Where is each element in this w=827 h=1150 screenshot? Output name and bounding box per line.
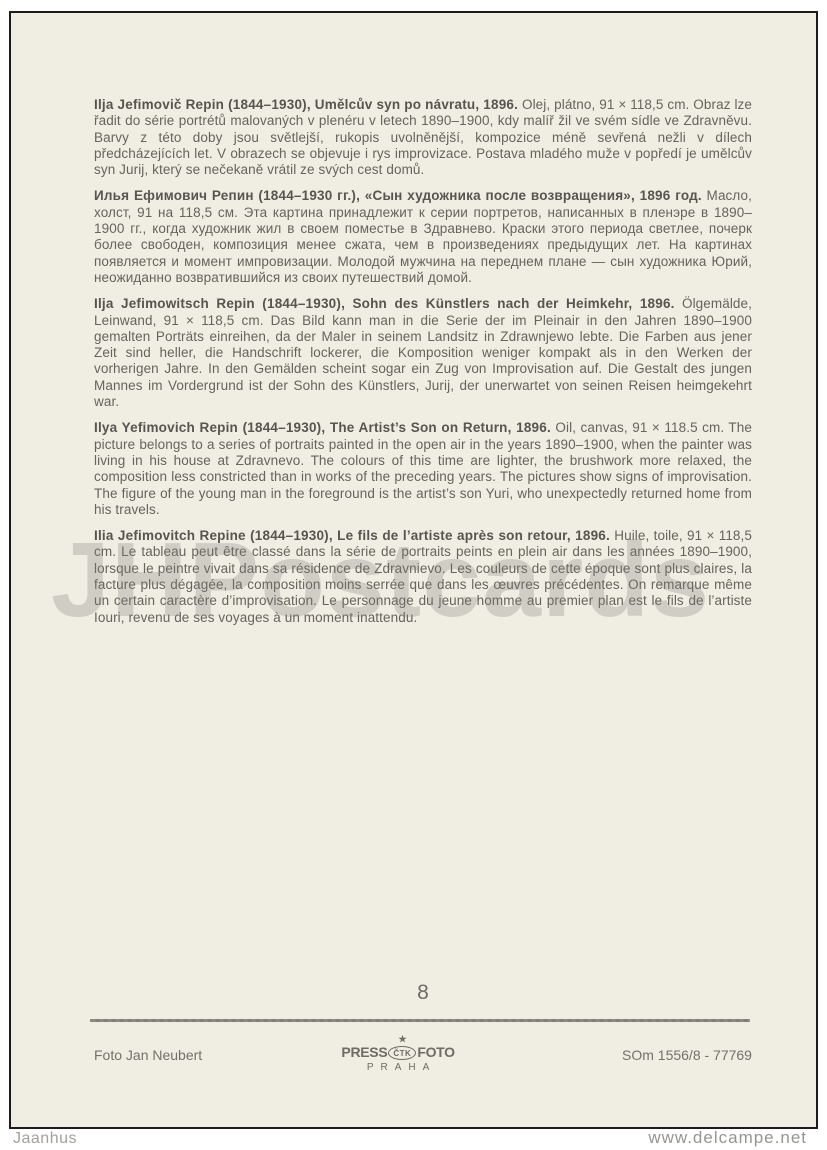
divider-line	[90, 1019, 750, 1022]
logo-city-text: PRAHA	[341, 1062, 454, 1073]
ctk-emblem-text: ČTK	[388, 1046, 416, 1060]
marketplace-url-label: www.delcampe.net	[648, 1128, 807, 1148]
postcard-surface: Ilja Jefimovič Repin (1844–1930), Umělců…	[11, 13, 816, 1127]
ctk-emblem: ★ ČTK	[388, 1043, 416, 1060]
paragraph-french-title: Ilia Jefimovitch Repine (1844–1930), Le …	[94, 528, 610, 543]
paragraph-russian-title: Илья Ефимович Репин (1844–1930 гг.), «Сы…	[94, 188, 702, 203]
paragraph-english-title: Ilya Yefimovich Repin (1844–1930), The A…	[94, 420, 551, 435]
logo-foto-text: FOTO	[417, 1044, 454, 1060]
paragraph-french: Ilia Jefimovitch Repine (1844–1930), Le …	[94, 528, 752, 626]
postcard-back: Ilja Jefimovič Repin (1844–1930), Umělců…	[9, 11, 818, 1129]
catalog-number: SOm 1556/8 - 77769	[622, 1043, 752, 1063]
paragraph-english: Ilya Yefimovich Repin (1844–1930), The A…	[94, 420, 752, 518]
photo-credit: Foto Jan Neubert	[94, 1043, 202, 1063]
description-text-block: Ilja Jefimovič Repin (1844–1930), Umělců…	[94, 97, 752, 636]
paragraph-czech-title: Ilja Jefimovič Repin (1844–1930), Umělců…	[94, 97, 518, 112]
paragraph-german-body: Ölgemälde, Leinwand, 91 × 118,5 cm. Das …	[94, 296, 752, 409]
logo-press-text: PRESS	[341, 1044, 387, 1060]
star-icon: ★	[398, 1035, 406, 1044]
paragraph-german: Ilja Jefimowitsch Repin (1844–1930), Soh…	[94, 296, 752, 410]
page-number: 8	[94, 981, 752, 1005]
paragraph-german-title: Ilja Jefimowitsch Repin (1844–1930), Soh…	[94, 296, 675, 311]
credits-row: Foto Jan Neubert PRESS ★ ČTK FOTO PRAHA …	[94, 1043, 752, 1073]
seller-name-label: Jaanhus	[13, 1130, 77, 1148]
pressfoto-logo-row: PRESS ★ ČTK FOTO	[341, 1043, 454, 1060]
pressfoto-praha-logo: PRESS ★ ČTK FOTO PRAHA	[341, 1043, 454, 1073]
paragraph-czech: Ilja Jefimovič Repin (1844–1930), Umělců…	[94, 97, 752, 178]
paragraph-russian: Илья Ефимович Репин (1844–1930 гг.), «Сы…	[94, 188, 752, 286]
